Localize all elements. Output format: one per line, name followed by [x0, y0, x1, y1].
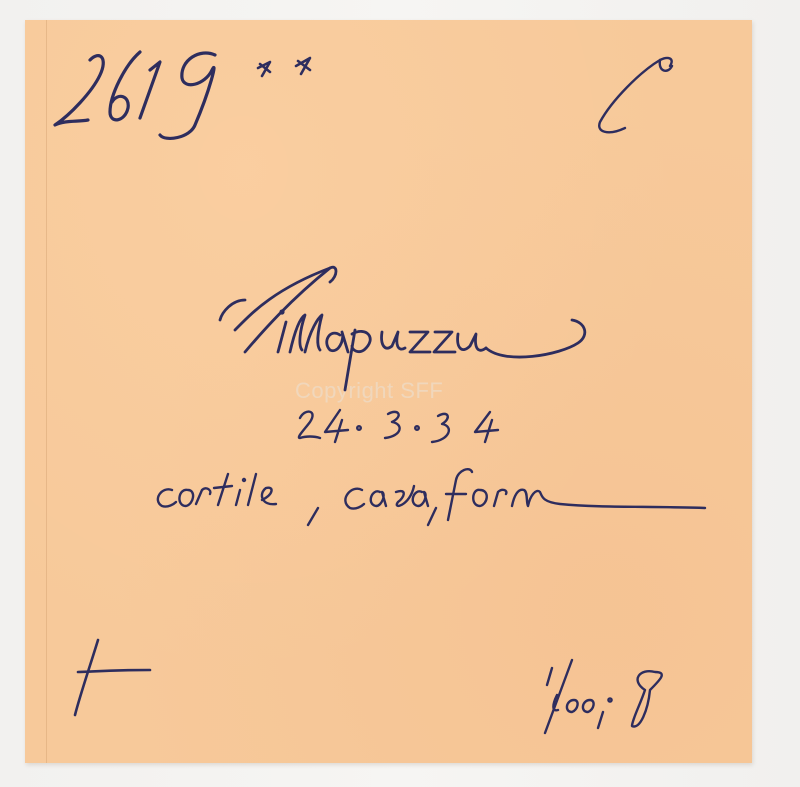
- scan-background: 2619 ** C Villapuzzu 24·3·34 cortile, ca…: [0, 0, 800, 787]
- card-fold-line: [46, 20, 47, 763]
- copyright-watermark: Copyright SFF: [295, 378, 443, 404]
